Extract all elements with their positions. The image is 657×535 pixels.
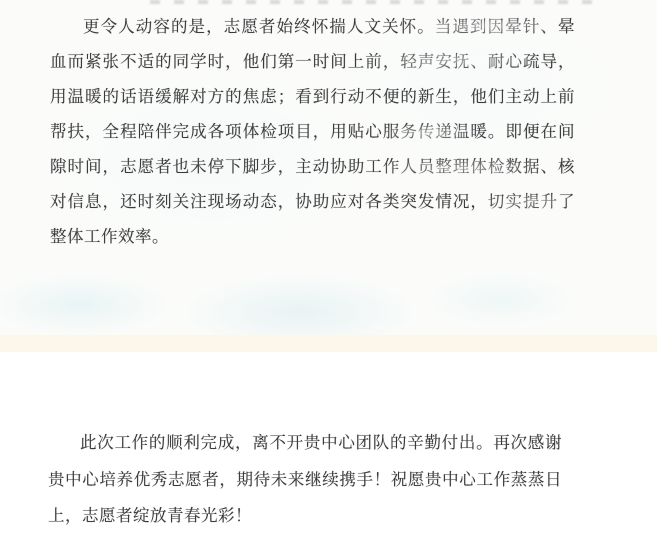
text-line: 更令人动容的是，志愿者始终怀揣人文关怀。当遇到因晕针、晕 <box>50 9 575 44</box>
text-line: 隙时间，志愿者也未停下脚步，主动协助工作人员整理体检数据、核 <box>50 149 575 184</box>
scan-highlight-band <box>0 335 657 352</box>
text-line: 此次工作的顺利完成，离不开贵中心团队的辛勤付出。再次感谢 <box>48 425 562 462</box>
paragraph-closing-thanks: 此次工作的顺利完成，离不开贵中心团队的辛勤付出。再次感谢 贵中心培养优秀志愿者，… <box>48 425 562 535</box>
paragraph-volunteer-care: 更令人动容的是，志愿者始终怀揣人文关怀。当遇到因晕针、晕 血而紧张不适的同学时，… <box>50 9 575 254</box>
text-line: 帮扶，全程陪伴完成各项体检项目，用贴心服务传递温暖。即便在间 <box>50 114 575 149</box>
text-line: 整体工作效率。 <box>50 219 575 254</box>
text-line: 血而紧张不适的同学时，他们第一时间上前，轻声安抚、耐心疏导， <box>50 44 575 79</box>
text-line: 上，志愿者绽放青春光彩！ <box>48 498 562 535</box>
text-line: 对信息，还时刻关注现场动态，协助应对各类突发情况，切实提升了 <box>50 184 575 219</box>
text-line: 贵中心培养优秀志愿者，期待未来继续携手！祝愿贵中心工作蒸蒸日 <box>48 462 562 499</box>
text-line: 用温暖的话语缓解对方的焦虑；看到行动不便的新生，他们主动上前 <box>50 79 575 114</box>
scanned-document-page: 更令人动容的是，志愿者始终怀揣人文关怀。当遇到因晕针、晕 血而紧张不适的同学时，… <box>0 0 657 535</box>
cropped-text-artifact <box>150 0 605 4</box>
